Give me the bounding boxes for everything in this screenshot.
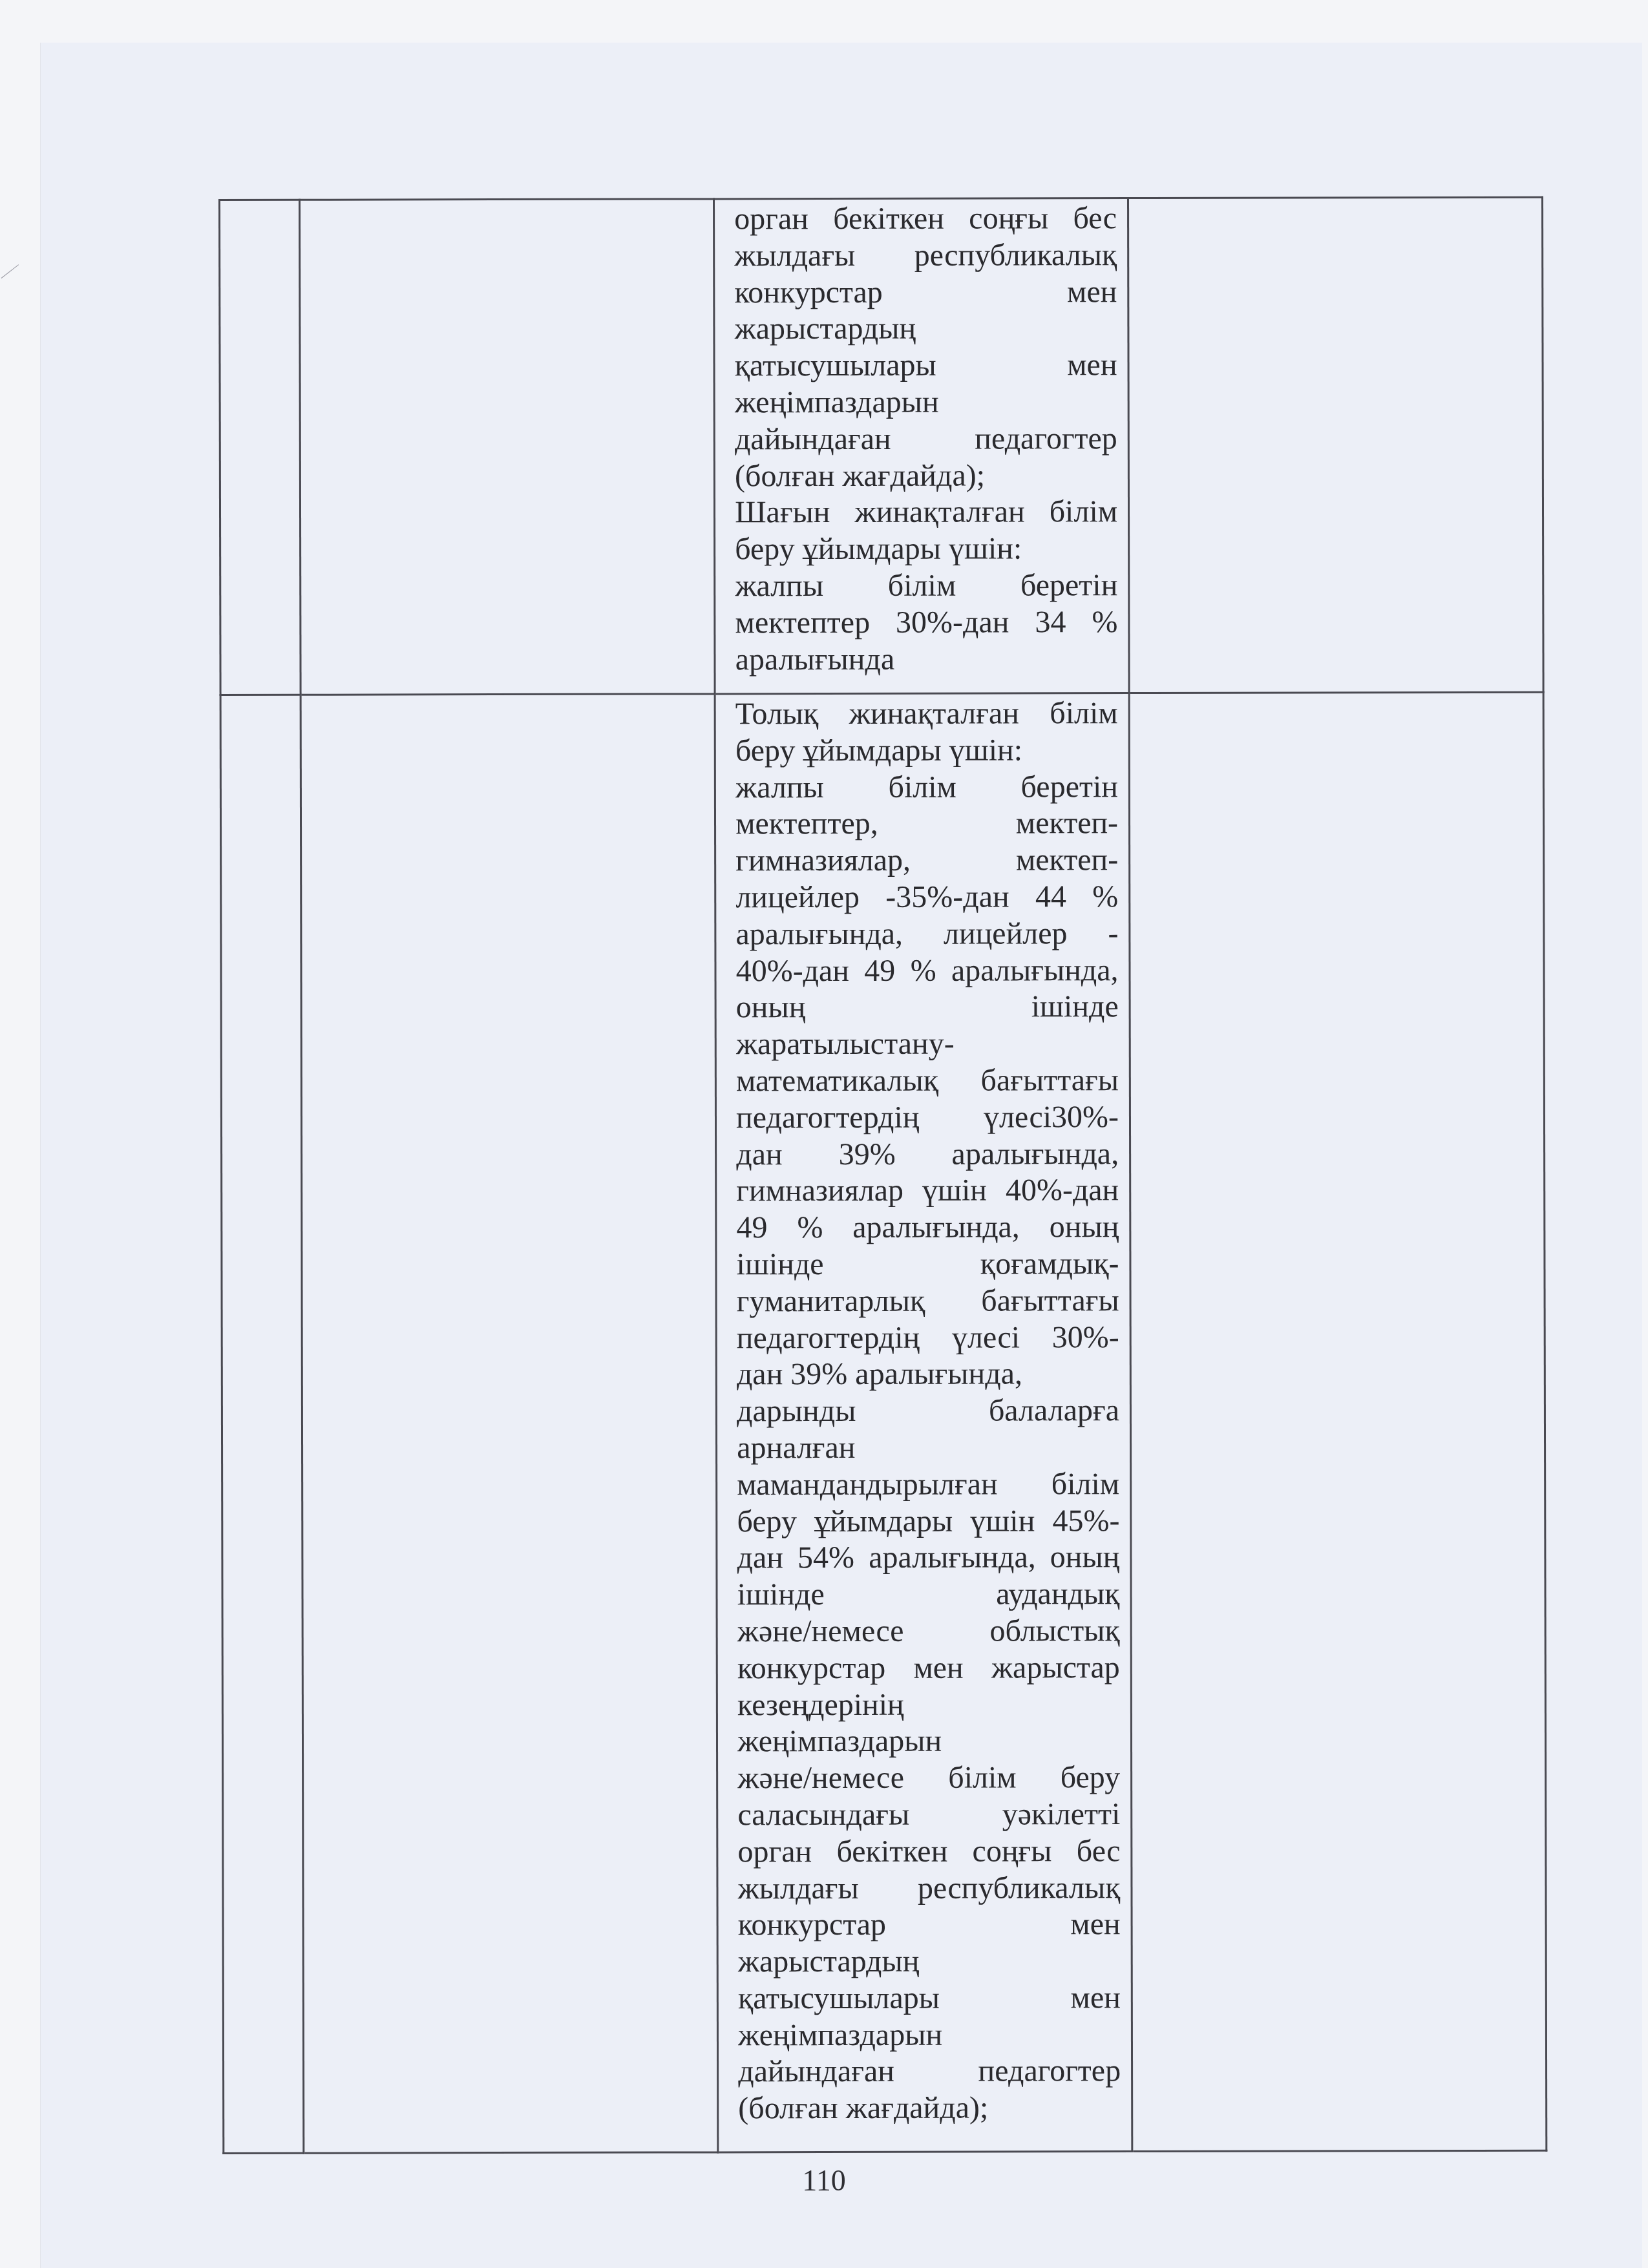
text-line: арналған — [737, 1429, 1119, 1467]
text-line: лицейлер -35%-дан 44 % — [735, 879, 1118, 916]
text-line: конкурстар мен — [734, 274, 1117, 311]
text-line: кезеңдерінің — [737, 1686, 1120, 1724]
text-line: жылдағы республикалық — [738, 1870, 1121, 1907]
criteria-text: Толық жинақталған білімберу ұйымдары үші… — [716, 694, 1132, 2127]
text-line: беру ұйымдары үшін: — [735, 732, 1118, 770]
text-line: конкурстар мен — [738, 1906, 1121, 1944]
text-line: ішінде қоғамдық- — [737, 1246, 1119, 1283]
text-line: жарыстардың — [734, 310, 1117, 348]
number-cell — [220, 200, 301, 695]
criteria-cell: Толық жинақталған білімберу ұйымдары үші… — [715, 693, 1132, 2152]
text-line: мамандандырылған білім — [737, 1466, 1119, 1504]
text-line: гимназиялар үшін 40%-дан — [736, 1172, 1119, 1210]
text-line: дайындаған педагогтер — [738, 2053, 1121, 2091]
text-line: Шағын жинақталған білім — [735, 494, 1117, 531]
criteria-text: орган бекіткен соңғы бесжылдағы республи… — [715, 199, 1128, 678]
text-line: ішінде аудандық — [737, 1576, 1120, 1613]
text-line: математикалық бағыттағы — [736, 1062, 1119, 1100]
text-line: жалпы білім беретін — [735, 567, 1117, 605]
table-row: Толық жинақталған білімберу ұйымдары үші… — [220, 692, 1547, 2153]
criteria-cell: орган бекіткен соңғы бесжылдағы республи… — [714, 198, 1130, 694]
text-line: жеңімпаздарын — [735, 384, 1117, 421]
text-line: 49 % аралығында, оның — [736, 1209, 1119, 1246]
text-line: жалпы білім беретін — [735, 769, 1118, 806]
indicator-name-cell — [301, 694, 718, 2153]
text-line: беру ұйымдары үшін 45%- — [737, 1503, 1119, 1540]
text-line: педагогтердің үлесі 30%- — [737, 1319, 1119, 1357]
text-line: аралығында, лицейлер - — [735, 916, 1118, 953]
text-line: оның ішінде — [736, 989, 1119, 1026]
text-line: дан 39% аралығында, — [736, 1136, 1119, 1173]
text-line: қатысушылары мен — [738, 1980, 1121, 2017]
text-line: гимназиялар, мектеп- — [735, 842, 1118, 879]
text-line: (болған жағдайда); — [738, 2090, 1121, 2127]
table-row: орган бекіткен соңғы бесжылдағы республи… — [220, 197, 1544, 695]
text-line: беру ұйымдары үшін: — [735, 530, 1117, 568]
text-line: аралығында — [735, 641, 1118, 678]
text-line: мектептер 30%-дан 34 % — [735, 604, 1117, 642]
text-line: және/немесе облыстық — [737, 1613, 1120, 1650]
text-line: жаратылыстану- — [736, 1025, 1119, 1063]
text-line: мектептер, мектеп- — [735, 805, 1118, 843]
text-line: гуманитарлық бағыттағы — [737, 1283, 1119, 1320]
text-line: дарынды балаларға — [737, 1392, 1119, 1430]
text-line: жарыстардың — [738, 1943, 1121, 1980]
text-line: (болған жағдайда); — [735, 457, 1117, 495]
text-line: жеңімпаздарын — [737, 1723, 1120, 1760]
text-line: дан 39% аралығында, — [737, 1356, 1119, 1393]
text-line: дайындаған педагогтер — [735, 421, 1117, 458]
text-line: қатысушылары мен — [735, 347, 1117, 384]
text-line: орган бекіткен соңғы бес — [734, 200, 1117, 238]
text-line: саласындағы уәкілетті — [737, 1796, 1120, 1834]
scan-mark — [1, 264, 19, 278]
text-line: орган бекіткен соңғы бес — [737, 1833, 1120, 1871]
number-cell — [220, 695, 304, 2153]
criteria-table: орган бекіткен соңғы бесжылдағы республи… — [218, 196, 1547, 2154]
text-line: Толық жинақталған білім — [735, 695, 1118, 733]
page-number: 110 — [0, 2165, 1648, 2197]
points-cell — [1129, 692, 1547, 2151]
text-line: педагогтердің үлесі30%- — [736, 1099, 1119, 1137]
text-line: жеңімпаздарын — [738, 2017, 1121, 2054]
indicator-name-cell — [300, 199, 715, 695]
text-line: жылдағы республикалық — [734, 237, 1117, 275]
text-line: және/немесе білім беру — [737, 1759, 1120, 1797]
text-line: дан 54% аралығында, оның — [737, 1539, 1119, 1577]
text-line: 40%-дан 49 % аралығында, — [736, 952, 1119, 990]
text-line: конкурстар мен жарыстар — [737, 1650, 1120, 1687]
points-cell — [1128, 197, 1544, 693]
